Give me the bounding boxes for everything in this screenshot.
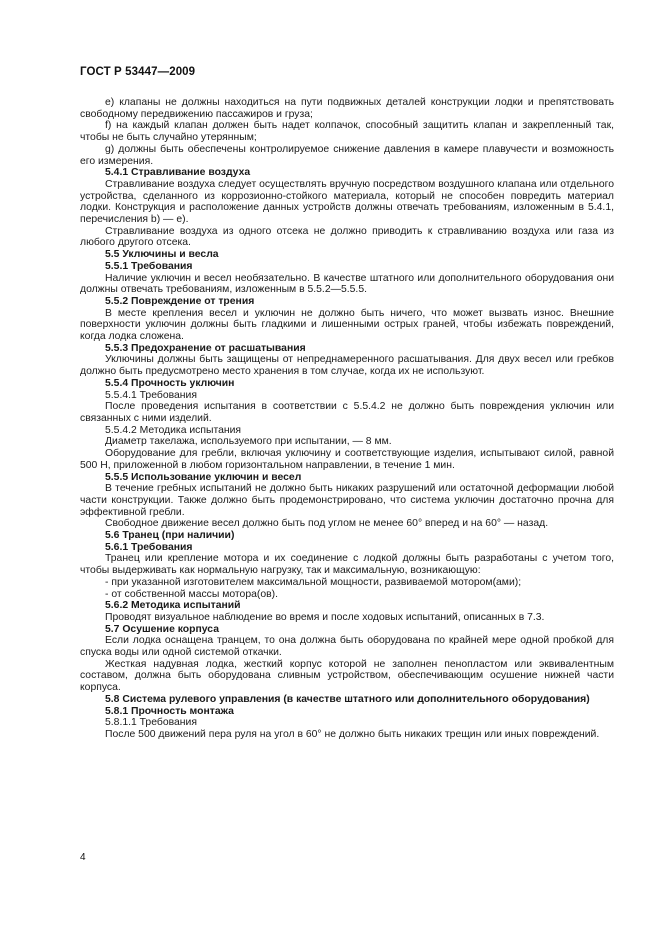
paragraph: g) должны быть обеспечены контролируемое… <box>80 144 614 167</box>
section-heading: 5.5 Уключины и весла <box>80 249 614 261</box>
paragraph: После проведения испытания в соответстви… <box>80 401 614 424</box>
section-heading: 5.5.1 Требования <box>80 261 614 273</box>
paragraph: Свободное движение весел должно быть под… <box>80 518 614 530</box>
paragraph: Стравливание воздуха из одного отсека не… <box>80 226 614 249</box>
paragraph: e) клапаны не должны находиться на пути … <box>80 97 614 120</box>
section-heading: 5.5.5 Использование уключин и весел <box>80 472 614 484</box>
section-heading: 5.8 Система рулевого управления (в качес… <box>80 694 614 706</box>
paragraph: Диаметр такелажа, используемого при испы… <box>80 436 614 448</box>
paragraph: Жесткая надувная лодка, жесткий корпус к… <box>80 659 614 694</box>
subsection-label: 5.8.1.1 Требования <box>80 717 614 729</box>
section-heading: 5.5.4 Прочность уключин <box>80 378 614 390</box>
paragraph: Проводят визуальное наблюдение во время … <box>80 612 614 624</box>
paragraph: Оборудование для гребли, включая уключин… <box>80 448 614 471</box>
paragraph: Стравливание воздуха следует осуществлят… <box>80 179 614 226</box>
page-number: 4 <box>80 852 86 863</box>
paragraph: Если лодка оснащена транцем, то она долж… <box>80 635 614 658</box>
document-header: ГОСТ Р 53447—2009 <box>80 66 195 78</box>
section-heading: 5.6.2 Методика испытаний <box>80 600 614 612</box>
section-heading: 5.8.1 Прочность монтажа <box>80 706 614 718</box>
list-item: - при указанной изготовителем максимальн… <box>80 577 614 589</box>
list-item: - от собственной массы мотора(ов). <box>80 589 614 601</box>
paragraph: В месте крепления весел и уключин не дол… <box>80 308 614 343</box>
section-heading: 5.5.3 Предохранение от расшатывания <box>80 343 614 355</box>
paragraph: После 500 движений пера руля на угол в 6… <box>80 729 614 741</box>
section-heading: 5.7 Осушение корпуса <box>80 624 614 636</box>
subsection-label: 5.5.4.1 Требования <box>80 390 614 402</box>
subsection-label: 5.5.4.2 Методика испытания <box>80 425 614 437</box>
paragraph: В течение гребных испытаний не должно бы… <box>80 483 614 518</box>
section-heading: 5.5.2 Повреждение от трения <box>80 296 614 308</box>
paragraph: Наличие уключин и весел необязательно. В… <box>80 273 614 296</box>
section-heading: 5.6 Транец (при наличии) <box>80 530 614 542</box>
paragraph: f) на каждый клапан должен быть надет ко… <box>80 120 614 143</box>
paragraph: Уключины должны быть защищены от непредн… <box>80 354 614 377</box>
document-body: e) клапаны не должны находиться на пути … <box>80 97 614 741</box>
paragraph: Транец или крепление мотора и их соедине… <box>80 553 614 576</box>
section-heading: 5.4.1 Стравливание воздуха <box>80 167 614 179</box>
section-heading: 5.6.1 Требования <box>80 542 614 554</box>
